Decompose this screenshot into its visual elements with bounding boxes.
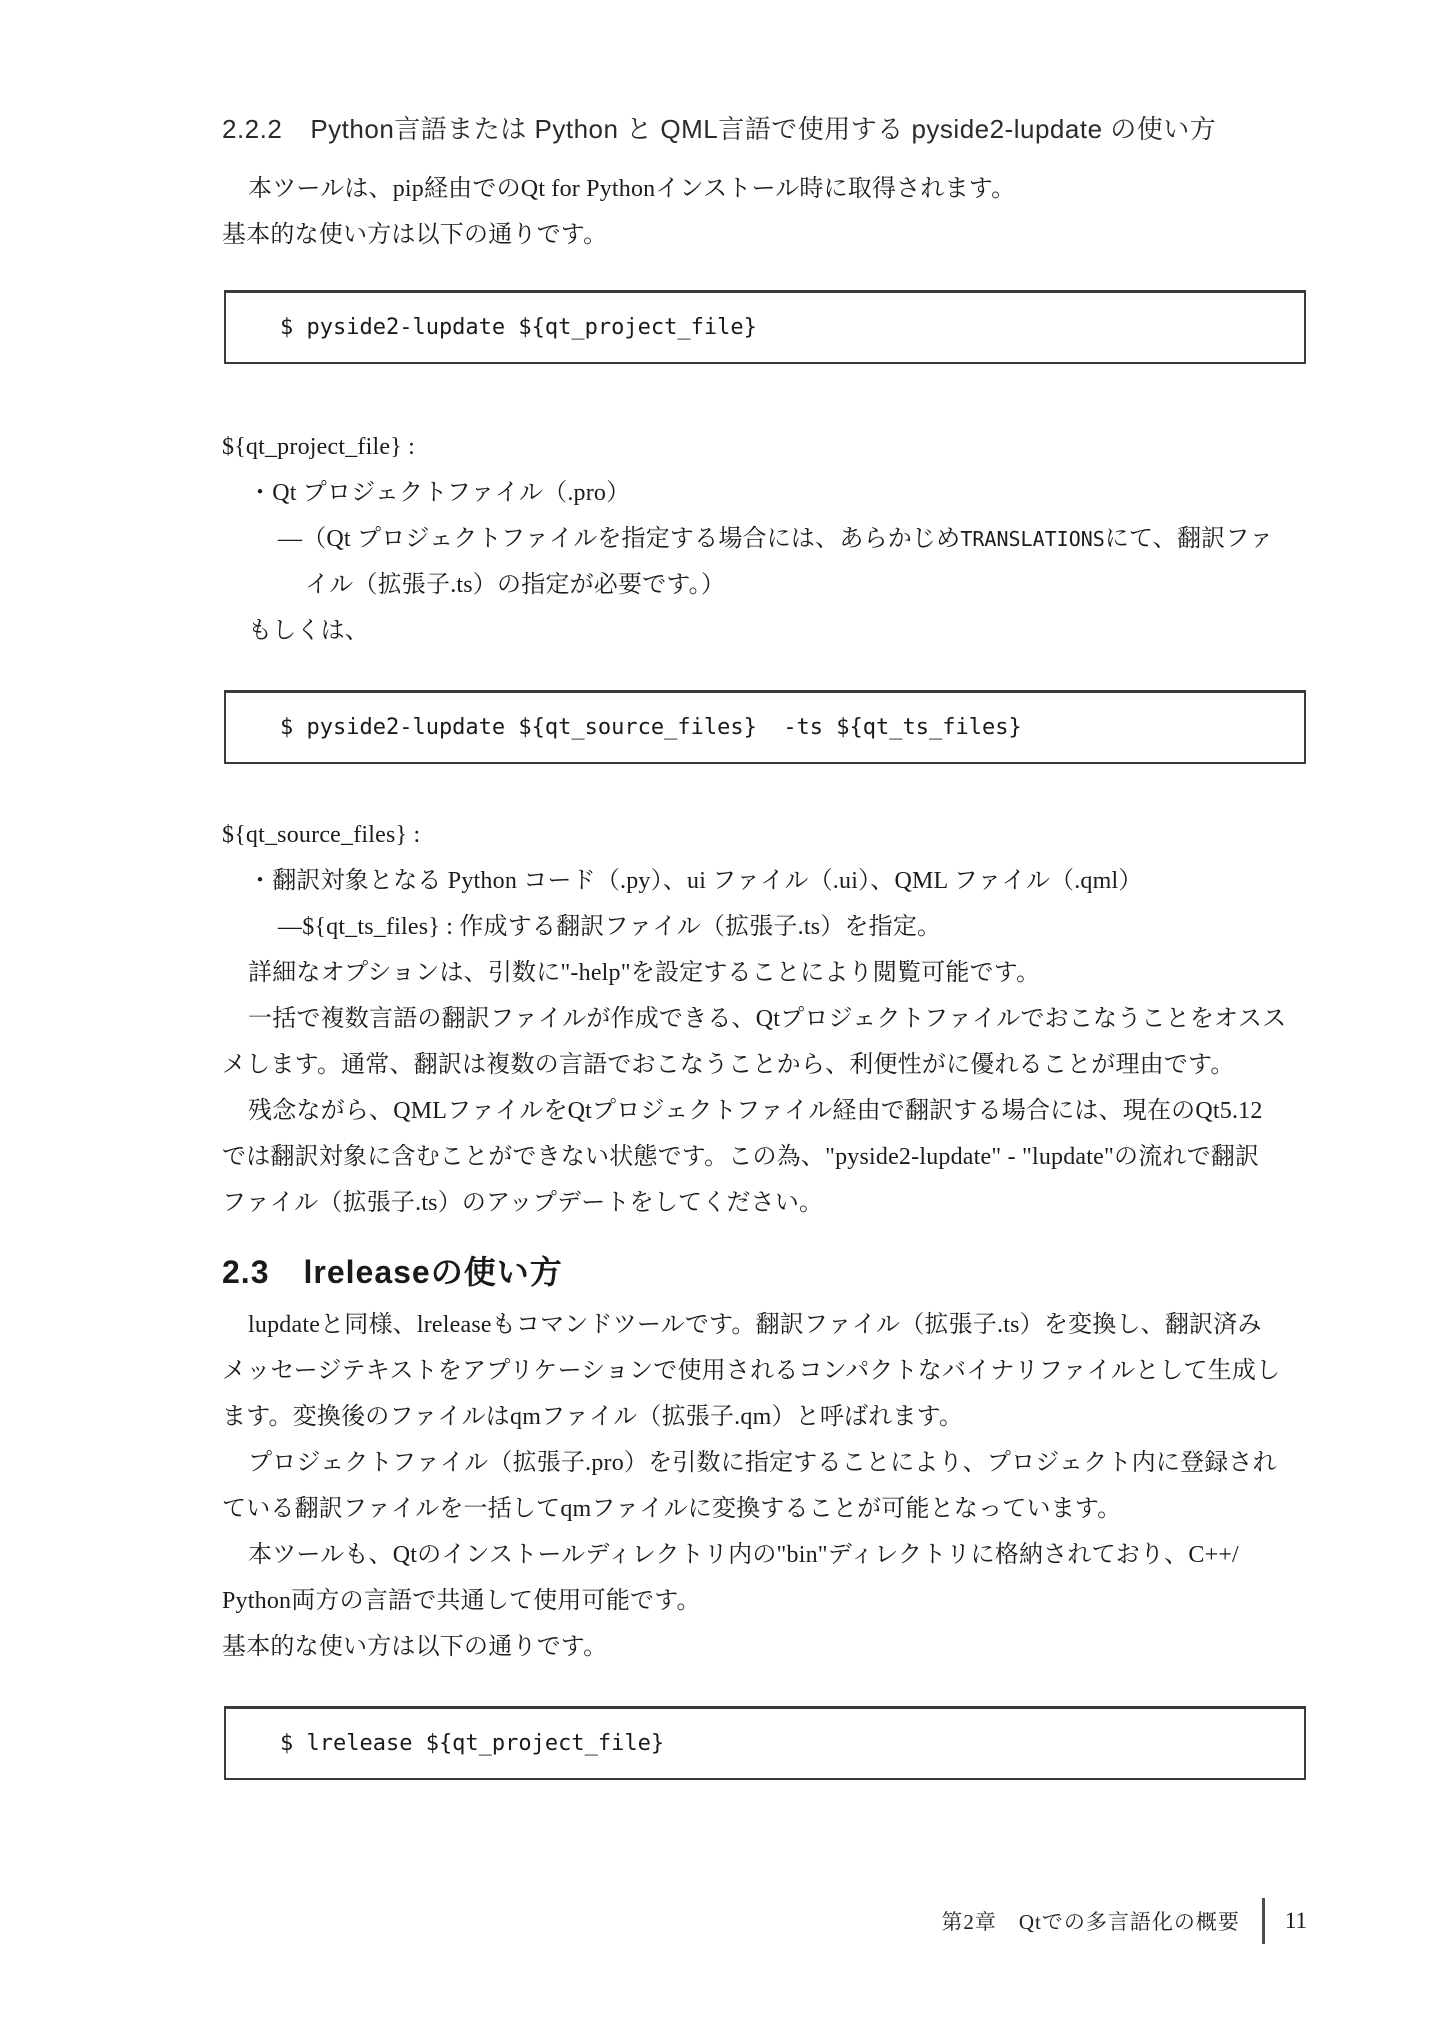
page-content: 2.2.2 Python言語または Python と QML言語で使用する py… [222,0,1308,1780]
variable-label-qt-project-file: ${qt_project_file} : [222,424,1308,470]
note-post: にて、翻訳ファ [1105,526,1273,552]
paragraph-line: ます。変換後のファイルはqmファイル（拡張子.qm）と呼ばれます。 [222,1394,1308,1440]
code-text: $ pyside2-lupdate ${qt_project_file} [226,315,757,340]
section-heading-2-2-2: 2.2.2 Python言語または Python と QML言語で使用する py… [222,112,1308,146]
page-footer: 第2章 Qtでの多言語化の概要 11 [941,1896,1307,1946]
bullet-item-source-files: ・翻訳対象となる Python コード（.py）、ui ファイル（.ui）、QM… [222,858,1308,904]
or-line: もしくは、 [222,608,1308,654]
code-text: $ lrelease ${qt_project_file} [226,1731,664,1756]
code-block-pyside2-lupdate-sources: $ pyside2-lupdate ${qt_source_files} -ts… [224,690,1306,764]
paragraph-line: メします。通常、翻訳は複数の言語でおこなうことから、利便性がに優れることが理由で… [222,1042,1308,1088]
footer-page-number: 11 [1285,1908,1307,1934]
paragraph-line: 本ツールは、pip経由でのQt for Pythonインストール時に取得されます… [222,166,1308,212]
paragraph-line: では翻訳対象に含むことができない状態です。この為、"pyside2-lupdat… [222,1134,1308,1180]
paragraph-line: 本ツールも、Qtのインストールディレクトリ内の"bin"ディレクトリに格納されて… [222,1532,1308,1578]
bullet-item-pro-file: ・Qt プロジェクトファイル（.pro） [222,470,1308,516]
paragraph-line: ている翻訳ファイルを一括してqmファイルに変換することが可能となっています。 [222,1486,1308,1532]
paragraph-line: 一括で複数言語の翻訳ファイルが作成できる、Qtプロジェクトファイルでおこなうこと… [222,996,1308,1042]
paragraph-line: プロジェクトファイル（拡張子.pro）を引数に指定することにより、プロジェクト内… [222,1440,1308,1486]
paragraph-line: lupdateと同様、lreleaseもコマンドツールです。翻訳ファイル（拡張子… [222,1302,1308,1348]
code-text: $ pyside2-lupdate ${qt_source_files} -ts… [226,715,1022,740]
code-block-lrelease: $ lrelease ${qt_project_file} [224,1706,1306,1780]
paragraph-line: 基本的な使い方は以下の通りです。 [222,212,1308,258]
section-title: lreleaseの使い方 [303,1250,562,1294]
note-line-ts-files: ―${qt_ts_files} : 作成する翻訳ファイル（拡張子.ts）を指定。 [222,904,1308,950]
section-number: 2.3 [222,1250,269,1294]
footer-divider [1262,1898,1265,1944]
paragraph-line: 基本的な使い方は以下の通りです。 [222,1624,1308,1670]
translations-keyword: TRANSLATIONS [960,527,1105,551]
document-page: 2.2.2 Python言語または Python と QML言語で使用する py… [0,0,1433,2024]
note-pre: ―（Qt プロジェクトファイルを指定する場合には、あらかじめ [278,526,960,552]
paragraph-line: 残念ながら、QMLファイルをQtプロジェクトファイル経由で翻訳する場合には、現在… [222,1088,1308,1134]
paragraph-line: 詳細なオプションは、引数に"-help"を設定することにより閲覧可能です。 [222,950,1308,996]
paragraph-line: Python両方の言語で共通して使用可能です。 [222,1578,1308,1624]
section-number: 2.2.2 [222,112,282,146]
note-line-continued: イル（拡張子.ts）の指定が必要です。） [222,562,1308,608]
section-heading-2-3: 2.3 lreleaseの使い方 [222,1250,1308,1294]
code-block-pyside2-lupdate-project: $ pyside2-lupdate ${qt_project_file} [224,290,1306,364]
variable-label-qt-source-files: ${qt_source_files} : [222,812,1308,858]
paragraph-line: メッセージテキストをアプリケーションで使用されるコンパクトなバイナリファイルとし… [222,1348,1308,1394]
footer-chapter-title: 第2章 Qtでの多言語化の概要 [941,1906,1240,1936]
note-line-translations: ―（Qt プロジェクトファイルを指定する場合には、あらかじめTRANSLATIO… [222,516,1308,562]
section-title: Python言語または Python と QML言語で使用する pyside2-… [310,112,1216,146]
paragraph-line: ファイル（拡張子.ts）のアップデートをしてください。 [222,1180,1308,1226]
